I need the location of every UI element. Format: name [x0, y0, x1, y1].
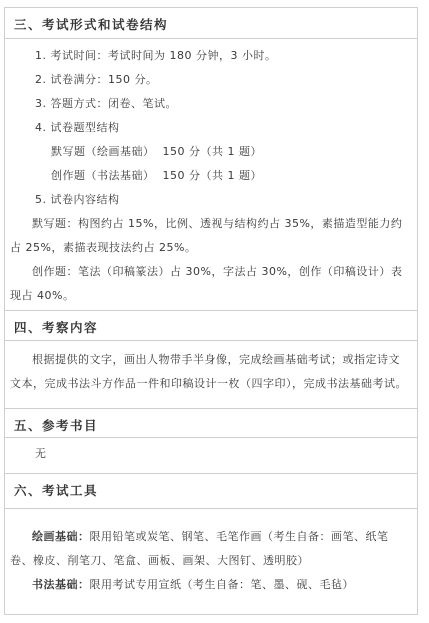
section-exam-tools-header: 六、考试工具 [5, 474, 417, 509]
drawing-tools-label: 绘画基础： [32, 530, 90, 543]
calligraphy-tools-label: 书法基础： [32, 578, 90, 591]
section-reference-books-title: 五、参考书目 [14, 418, 98, 433]
section-exam-content-body: 根据提供的文字，画出人物带手半身像，完成绘画基础考试；或指定诗文文本，完成书法斗… [5, 341, 417, 409]
full-score-item: 2. 试卷满分：150 分。 [5, 68, 417, 92]
content-structure-item: 5. 试卷内容结构 [5, 188, 417, 212]
section-exam-content-title: 四、考察内容 [14, 320, 98, 335]
answer-method-item: 3. 答题方式：闭卷、笔试。 [5, 92, 417, 116]
section-reference-books-body: 无 [5, 438, 417, 474]
question-structure-item: 4. 试卷题型结构 [5, 116, 417, 140]
section-exam-tools-body: 绘画基础：限用铅笔或炭笔、钢笔、毛笔作画（考生自备：画笔、纸笔卷、橡皮、削笔刀、… [5, 509, 417, 597]
section-exam-format-title: 三、考试形式和试卷结构 [14, 17, 168, 32]
calligraphy-tools-text: 限用考试专用宣纸（考生自备：笔、墨、砚、毛毡） [90, 578, 355, 591]
section-exam-tools-title: 六、考试工具 [14, 483, 98, 498]
calligraphy-tools-paragraph: 书法基础：限用考试专用宣纸（考生自备：笔、墨、砚、毛毡） [5, 573, 417, 597]
dictation-content-paragraph: 默写题：构图约占 15%，比例、透视与结构约占 35%，素描造型能力约占 25%… [5, 212, 417, 260]
dictation-question-row: 默写题（绘画基础） 150 分（共 1 题） [5, 140, 417, 164]
creation-content-paragraph: 创作题：笔法（印稿篆法）占 30%，字法占 30%，创作（印稿设计）表现占 40… [5, 260, 417, 308]
section-exam-format-header: 三、考试形式和试卷结构 [5, 8, 417, 39]
section-exam-content-header: 四、考察内容 [5, 311, 417, 341]
section-exam-format-body: 1. 考试时间：考试时间为 180 分钟，3 小时。 2. 试卷满分：150 分… [5, 39, 417, 311]
reference-books-value: 无 [5, 442, 417, 466]
exam-time-item: 1. 考试时间：考试时间为 180 分钟，3 小时。 [5, 44, 417, 68]
exam-content-paragraph: 根据提供的文字，画出人物带手半身像，完成绘画基础考试；或指定诗文文本，完成书法斗… [5, 348, 417, 396]
drawing-tools-paragraph: 绘画基础：限用铅笔或炭笔、钢笔、毛笔作画（考生自备：画笔、纸笔卷、橡皮、削笔刀、… [5, 525, 417, 573]
creation-question-row: 创作题（书法基础） 150 分（共 1 题） [5, 164, 417, 188]
section-reference-books-header: 五、参考书目 [5, 409, 417, 438]
exam-syllabus-document: 三、考试形式和试卷结构 1. 考试时间：考试时间为 180 分钟，3 小时。 2… [4, 7, 418, 615]
